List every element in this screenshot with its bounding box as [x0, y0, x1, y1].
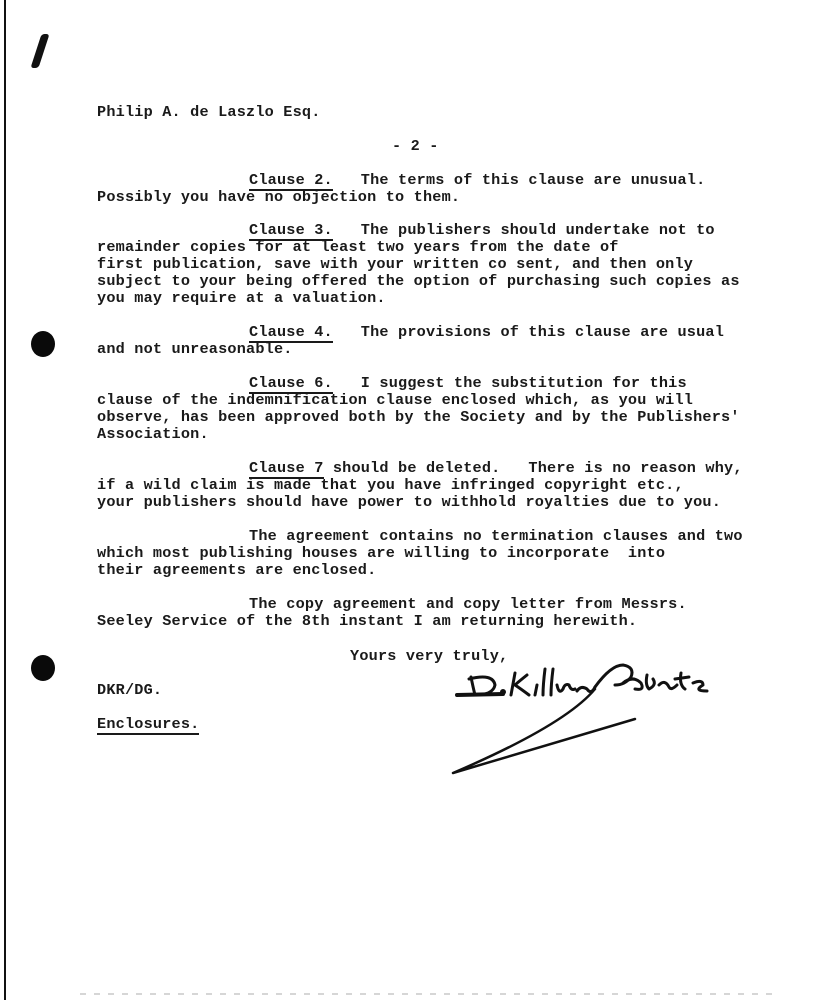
paragraph-line: and not unreasonable.: [97, 341, 293, 357]
paragraph-line: Possibly you have no objection to them.: [97, 189, 460, 205]
paragraph-clause-6: Clause 6. I suggest the substitution for…: [249, 375, 687, 391]
paragraph-clause-3: Clause 3. The publishers should undertak…: [249, 222, 715, 238]
ink-mark-icon: [30, 34, 49, 68]
paragraph-termination: The agreement contains no termination cl…: [249, 528, 743, 544]
page-edge: [4, 0, 6, 1000]
paragraph-line: Association.: [97, 426, 209, 442]
signature: [445, 655, 745, 775]
addressee: Philip A. de Laszlo Esq.: [97, 104, 321, 120]
paragraph-line: you may require at a valuation.: [97, 290, 386, 306]
paragraph-line: if a wild claim is made that you have in…: [97, 477, 684, 493]
paragraph-line: remainder copies for at least two years …: [97, 239, 619, 255]
paragraph-line: subject to your being offered the option…: [97, 273, 740, 289]
paragraph-line: Seeley Service of the 8th instant I am r…: [97, 613, 637, 629]
page-number: - 2 -: [392, 138, 439, 154]
reference-initials: DKR/DG.: [97, 682, 162, 698]
paragraph-line: observe, has been approved both by the S…: [97, 409, 740, 425]
paragraph-clause-7: Clause 7 should be deleted. There is no …: [249, 460, 743, 476]
paragraph-clause-2: Clause 2. The terms of this clause are u…: [249, 172, 705, 188]
paragraph-line: clause of the indemnification clause enc…: [97, 392, 693, 408]
enclosures-label: Enclosures.: [97, 716, 199, 732]
paragraph-copy-agreement: The copy agreement and copy letter from …: [249, 596, 687, 612]
paragraph-line: your publishers should have power to wit…: [97, 494, 721, 510]
punch-hole-icon: [31, 655, 55, 681]
scan-artifact: [80, 993, 780, 995]
paragraph-clause-4: Clause 4. The provisions of this clause …: [249, 324, 724, 340]
paragraph-line: which most publishing houses are willing…: [97, 545, 665, 561]
paragraph-line: their agreements are enclosed.: [97, 562, 376, 578]
punch-hole-icon: [31, 331, 55, 357]
paragraph-line: first publication, save with your writte…: [97, 256, 693, 272]
